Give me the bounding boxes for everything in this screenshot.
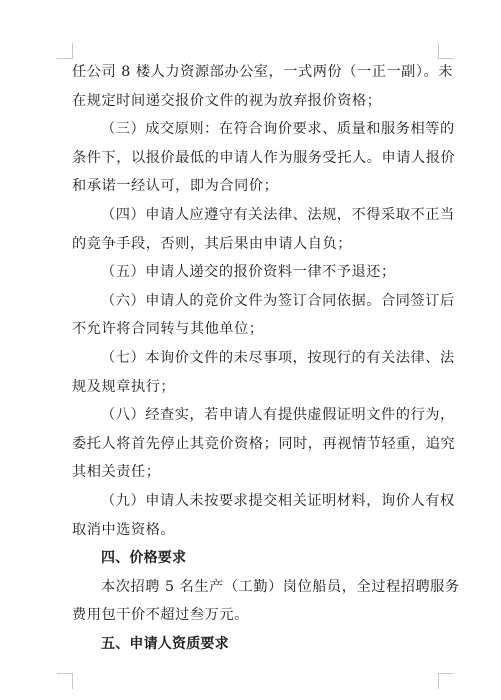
- document-body: 任公司 8 楼人力资源部办公室，一式两份（一正一副）。未在规定时间递交报价文件的…: [72, 58, 438, 658]
- text-line: 不允许将合同转与其他单位；: [72, 315, 438, 344]
- text-line: 费用包干价不超过叁万元。: [72, 601, 438, 630]
- margin-corner-bottom-right: [438, 673, 439, 689]
- text-line: （九）申请人未按要求提交相关证明材料，询价人有权: [72, 487, 438, 516]
- text-line: 规及规章执行；: [72, 373, 438, 402]
- margin-corner-bottom-left: [72, 673, 73, 689]
- text-line: 取消中选资格。: [72, 516, 438, 545]
- text-line: （八）经查实，若申请人有提供虚假证明文件的行为，: [72, 401, 438, 430]
- text-line: （四）申请人应遵守有关法律、法规，不得采取不正当: [72, 201, 438, 230]
- text-line: 条件下，以报价最低的申请人作为服务受托人。申请人报价: [72, 144, 438, 173]
- text-line: 其相关责任；: [72, 458, 438, 487]
- text-line: （七）本询价文件的未尽事项，按现行的有关法律、法: [72, 344, 438, 373]
- text-line: 在规定时间递交报价文件的视为放弃报价资格；: [72, 87, 438, 116]
- text-line: 本次招聘 5 名生产（工勤）岗位船员，全过程招聘服务: [72, 573, 438, 602]
- margin-corner-top-right: [438, 43, 439, 58]
- section-heading: 五、申请人资质要求: [72, 630, 438, 659]
- text-line: 委托人将首先停止其竞价资格；同时，再视情节轻重，追究: [72, 430, 438, 459]
- margin-corner-bottom-right: [438, 673, 454, 674]
- text-line: 的竞争手段，否则，其后果由申请人自负；: [72, 230, 438, 259]
- text-line: （三）成交原则：在符合询价要求、质量和服务相等的: [72, 115, 438, 144]
- margin-corner-top-left: [57, 58, 73, 59]
- margin-corner-top-right: [438, 58, 454, 59]
- margin-corner-top-left: [72, 43, 73, 58]
- text-line: 和承诺一经认可，即为合同价；: [72, 172, 438, 201]
- text-line: 任公司 8 楼人力资源部办公室，一式两份（一正一副）。未: [72, 58, 438, 87]
- text-line: （六）申请人的竞价文件为签订合同依据。合同签订后: [72, 287, 438, 316]
- text-line: （五）申请人递交的报价资料一律不予退还；: [72, 258, 438, 287]
- section-heading: 四、价格要求: [72, 544, 438, 573]
- margin-corner-bottom-left: [57, 673, 73, 674]
